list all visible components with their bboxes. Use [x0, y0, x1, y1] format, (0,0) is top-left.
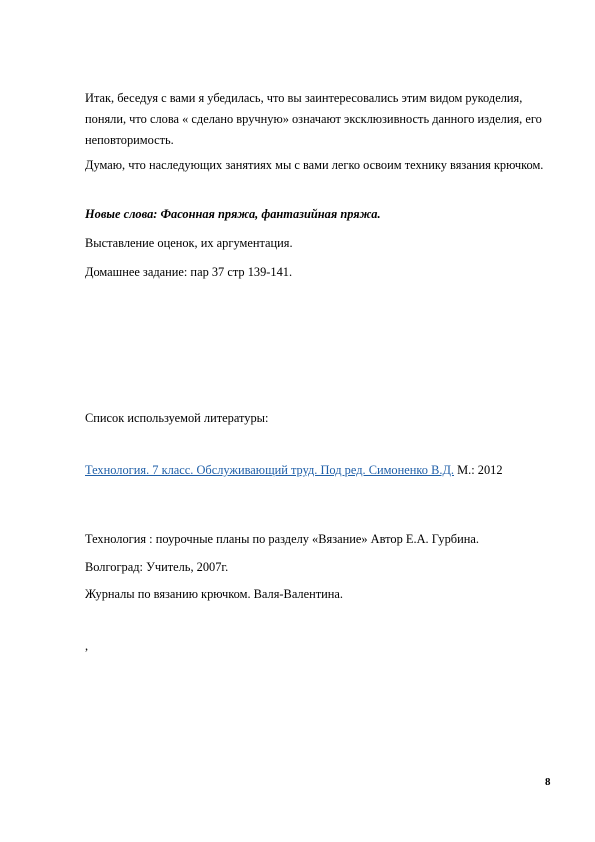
paragraph-new-words: Новые слова: Фасонная пряжа, фантазийная…	[85, 204, 555, 225]
paragraph-homework: Домашнее задание: пар 37 стр 139-141.	[85, 262, 555, 283]
page-number: 8	[545, 776, 551, 788]
paragraph-conclusion: Итак, беседуя с вами я убедилась, что вы…	[85, 88, 555, 151]
reference-publisher: М.: 2012	[454, 463, 503, 477]
paragraph-next-lesson: Думаю, что наследующих занятиях мы с вам…	[85, 155, 555, 176]
reference-link[interactable]: Технология. 7 класс. Обслуживающий труд.…	[85, 463, 454, 477]
stray-mark: ,	[85, 636, 555, 657]
reference-item-2: Технология : поурочные планы по разделу …	[85, 529, 555, 550]
reference-item-3: Волгоград: Учитель, 2007г.	[85, 557, 555, 578]
reference-item-4: Журналы по вязанию крючком. Валя-Валенти…	[85, 584, 555, 605]
paragraph-grading: Выставление оценок, их аргументация.	[85, 233, 555, 254]
references-heading: Список используемой литературы:	[85, 408, 555, 429]
reference-item-1: Технология. 7 класс. Обслуживающий труд.…	[85, 460, 555, 481]
